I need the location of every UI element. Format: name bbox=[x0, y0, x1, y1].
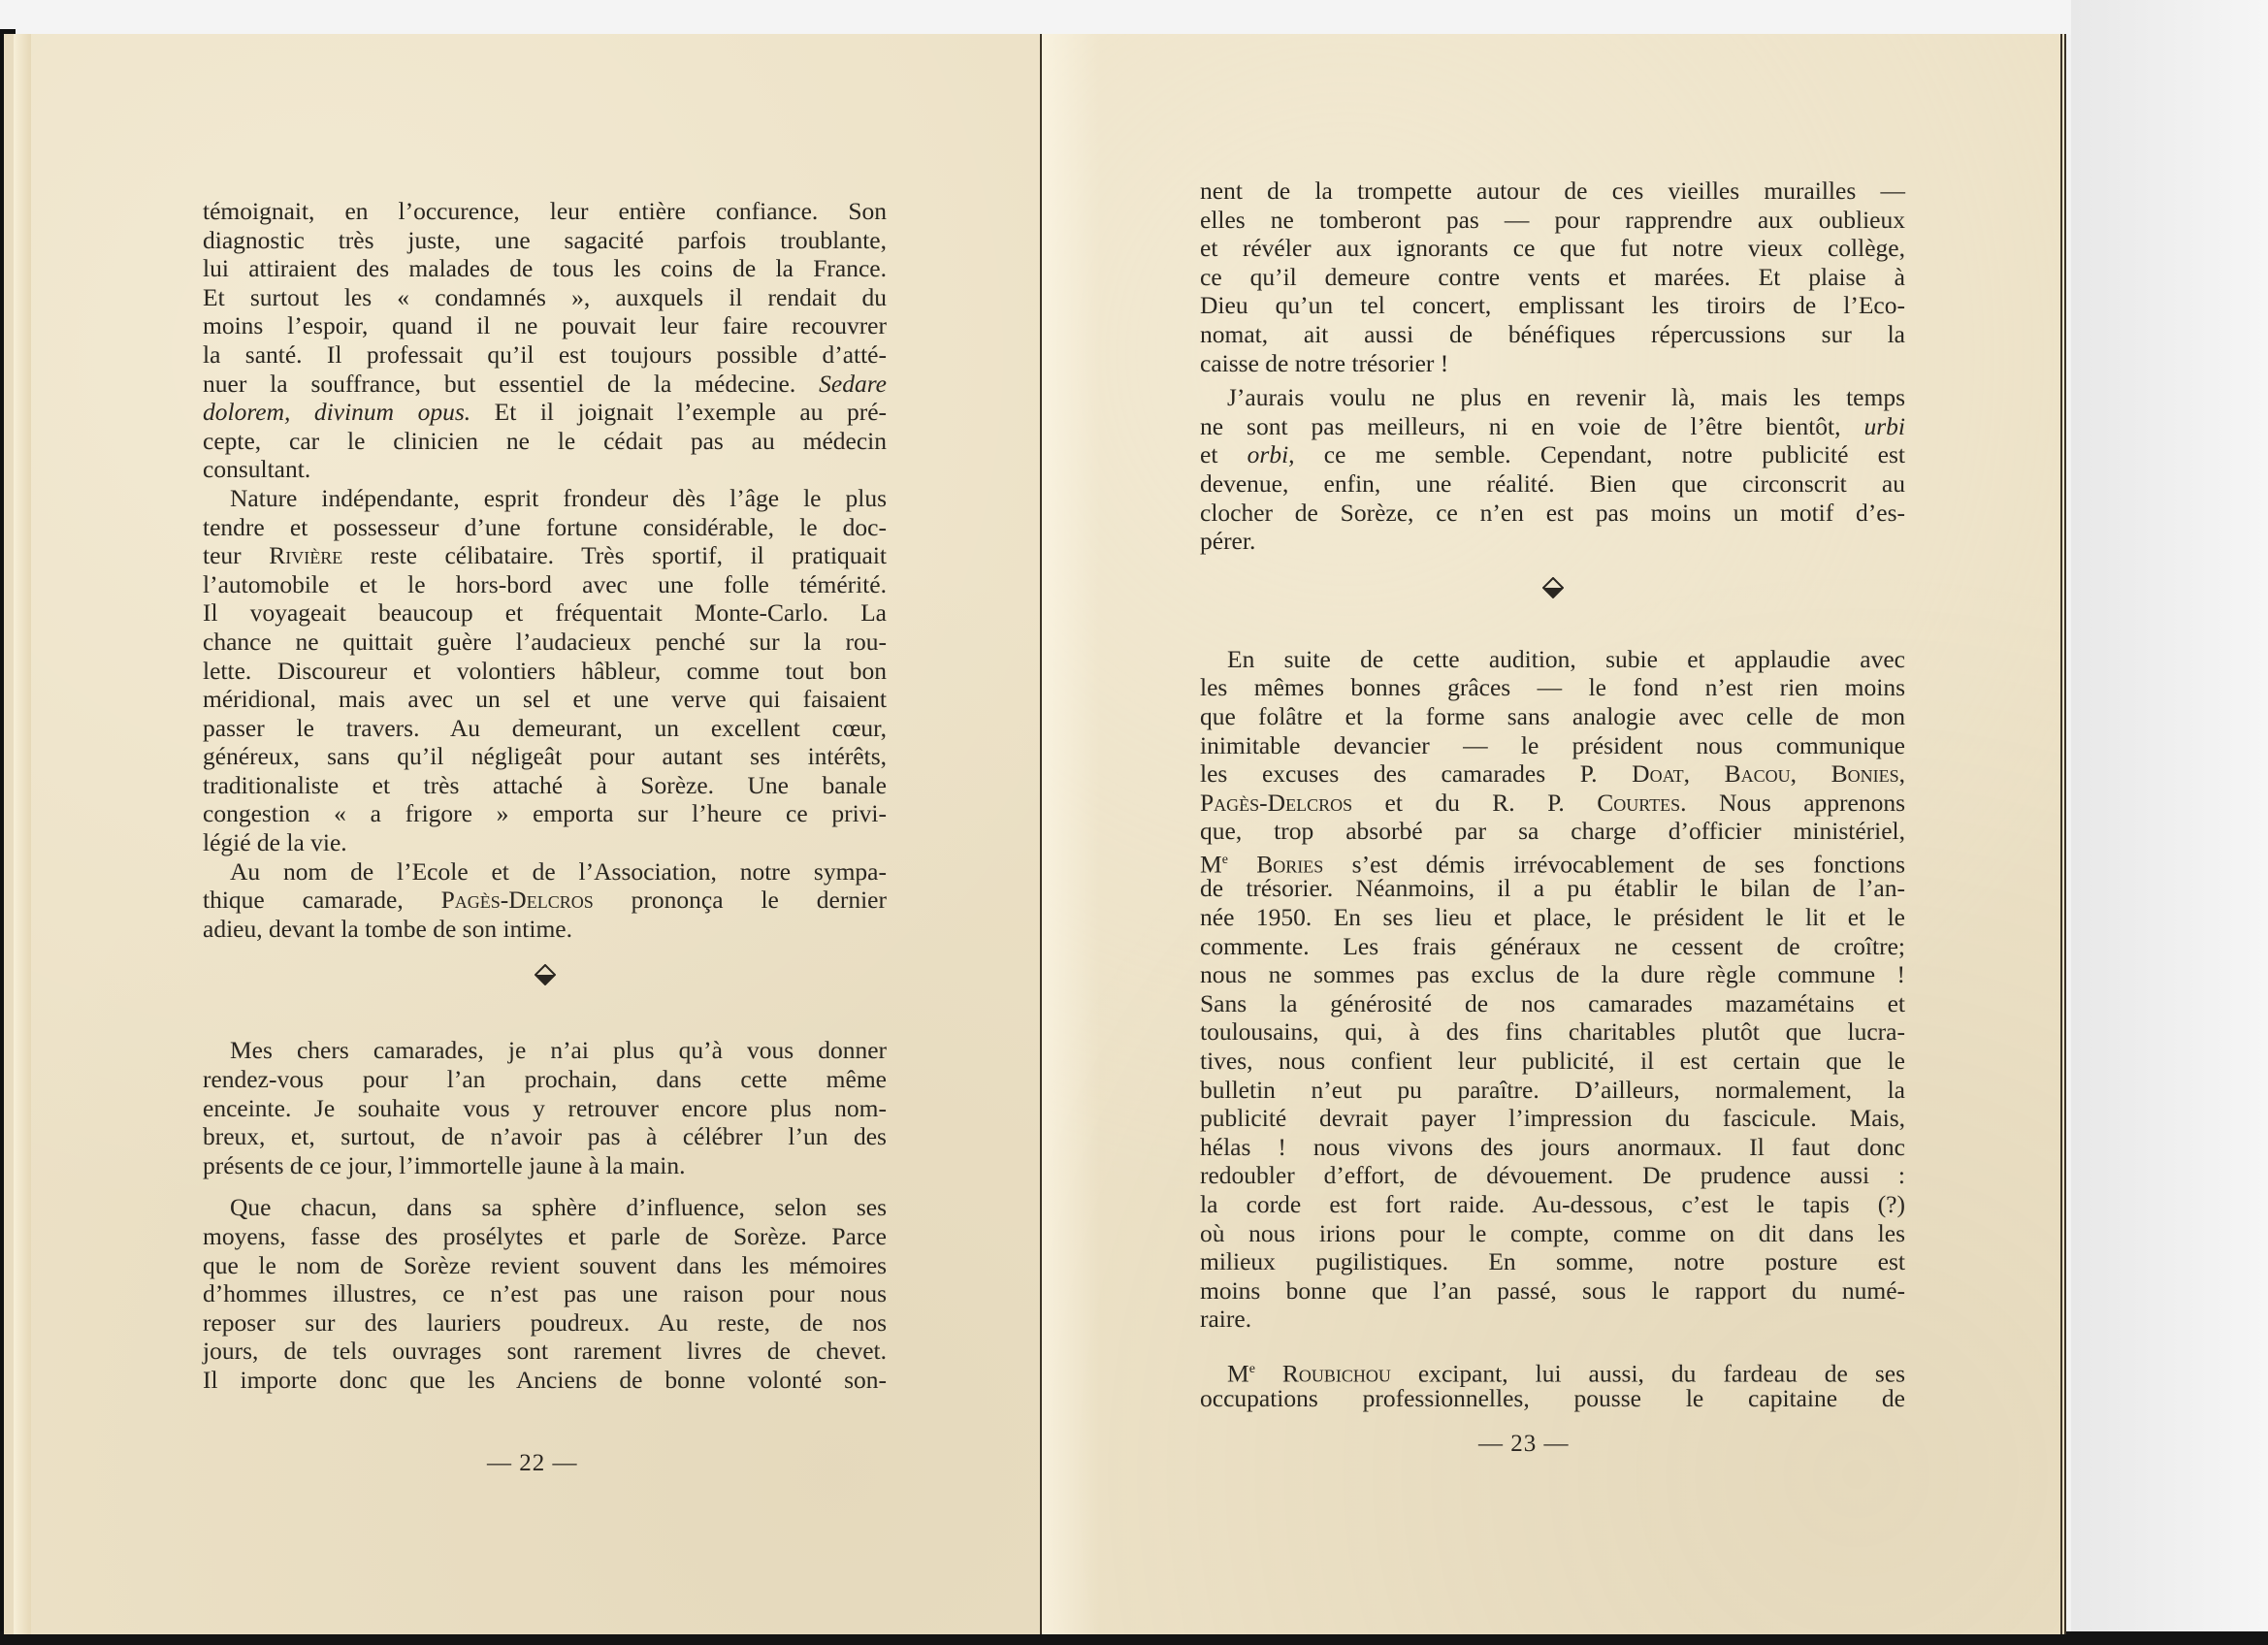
scanner-background-right bbox=[2071, 0, 2268, 1645]
text-segment: Nous apprenons bbox=[1719, 789, 1905, 817]
text-line: témoignait, en l’occurence, leur entière… bbox=[203, 197, 887, 226]
text-line: tives, nous confient leur publicité, il … bbox=[1200, 1047, 1905, 1076]
text-line: Au nom de l’Ecole et de l’Association, n… bbox=[203, 857, 887, 887]
right-page-text: nent de la trompette autour de ces vieil… bbox=[1200, 177, 1905, 1412]
text-line: et orbi, ce me semble. Cependant, notre … bbox=[1200, 440, 1905, 469]
text-line: Nature indépendante, esprit frondeur dès… bbox=[203, 484, 887, 513]
text-line: breux, et, surtout, de n’avoir pas à cél… bbox=[203, 1122, 887, 1151]
text-line: tendre et possesseur d’une fortune consi… bbox=[203, 513, 887, 542]
text-line: lui attiraient des malades de tous les c… bbox=[203, 254, 887, 283]
text-line: cepte, car le clinicien ne le cédait pas… bbox=[203, 427, 887, 456]
title-abbrev-sup: e bbox=[1222, 853, 1228, 867]
text-line: Mes chers camarades, je n’ai plus qu’à v… bbox=[203, 1036, 887, 1065]
text-line: méridional, mais avec un sel et une verv… bbox=[203, 685, 887, 714]
paragraph: témoignait, en l’occurence, leur entière… bbox=[203, 197, 887, 484]
text-segment: Et il joignait l’exemple au pré- bbox=[495, 398, 887, 426]
scanner-background-top bbox=[0, 0, 2268, 35]
text-line: Et surtout les « condamnés », auxquels i… bbox=[203, 283, 887, 312]
person-name: P. Doat, bbox=[1580, 759, 1690, 788]
person-name: Bacou, bbox=[1725, 759, 1797, 788]
text-line: pérer. bbox=[1200, 527, 1905, 556]
text-line: Il voyageait beaucoup et fréquentait Mon… bbox=[203, 598, 887, 628]
book-spread: témoignait, en l’occurence, leur entière… bbox=[4, 34, 2070, 1634]
latin-quote: dolorem, divinum opus. bbox=[203, 398, 470, 426]
text-line: enceinte. Je souhaite vous y retrouver e… bbox=[203, 1094, 887, 1123]
page-number: — 22 — bbox=[487, 1450, 578, 1477]
text-line: que le nom de Sorèze revient souvent dan… bbox=[203, 1251, 887, 1280]
paragraph: J’aurais voulu ne plus en revenir là, ma… bbox=[1200, 383, 1905, 556]
diamond-half-filled-icon bbox=[1542, 577, 1564, 598]
text-segment: les excuses des camarades bbox=[1200, 759, 1545, 788]
text-line: Il importe donc que les Anciens de bonne… bbox=[203, 1366, 887, 1395]
text-line: Pagès-Delcros et du R. P. Courtes. Nous … bbox=[1200, 789, 1905, 818]
text-line: Que chacun, dans sa sphère d’influence, … bbox=[203, 1193, 887, 1222]
text-line: jours, de tels ouvrages sont rarement li… bbox=[203, 1337, 887, 1366]
left-page-text: témoignait, en l’occurence, leur entière… bbox=[203, 197, 887, 1395]
text-line: Me Roubichou excipant, lui aussi, du far… bbox=[1200, 1355, 1905, 1384]
text-line: nous ne sommes pas exclus de la dure règ… bbox=[1200, 960, 1905, 989]
paragraph: Mes chers camarades, je n’ai plus qu’à v… bbox=[203, 1036, 887, 1179]
text-segment: et bbox=[1200, 440, 1217, 468]
text-line: que folâtre et la forme sans analogie av… bbox=[1200, 702, 1905, 731]
text-line: occupations professionnelles, pousse le … bbox=[1200, 1384, 1905, 1413]
text-line: moins l’espoir, quand il ne pouvait leur… bbox=[203, 311, 887, 340]
title-abbrev-sup: e bbox=[1249, 1362, 1255, 1376]
right-page: nent de la trompette autour de ces vieil… bbox=[1040, 34, 2066, 1634]
text-line: nent de la trompette autour de ces vieil… bbox=[1200, 177, 1905, 206]
text-line: Dieu qu’un tel concert, emplissant les t… bbox=[1200, 291, 1905, 320]
text-line: nomat, ait aussi de bénéfiques répercuss… bbox=[1200, 320, 1905, 349]
text-line: ce qu’il demeure contre vents et marées.… bbox=[1200, 263, 1905, 292]
paragraph: Que chacun, dans sa sphère d’influence, … bbox=[203, 1193, 887, 1394]
text-line: publicité devrait payer l’impression du … bbox=[1200, 1104, 1905, 1133]
text-line: J’aurais voulu ne plus en revenir là, ma… bbox=[1200, 383, 1905, 412]
text-line: ne sont pas meilleurs, ni en voie de l’ê… bbox=[1200, 412, 1905, 441]
person-name: Pagès-Delcros bbox=[1200, 789, 1352, 817]
text-line: En suite de cette audition, subie et app… bbox=[1200, 645, 1905, 674]
text-line: teur Rivière reste célibataire. Très spo… bbox=[203, 541, 887, 570]
text-line: l’automobile et le hors-bord avec une fo… bbox=[203, 570, 887, 599]
spacer bbox=[203, 1179, 887, 1193]
text-line: où nous irions pour le compte, comme on … bbox=[1200, 1219, 1905, 1248]
text-line: elles ne tomberont pas — pour rapprendre… bbox=[1200, 206, 1905, 235]
text-line: que, trop absorbé par sa charge d’offici… bbox=[1200, 817, 1905, 846]
text-line: reposer sur des lauriers poudreux. Au re… bbox=[203, 1308, 887, 1338]
text-line: clocher de Sorèze, ce n’en est pas moins… bbox=[1200, 499, 1905, 528]
text-line: la santé. Il professait qu’il est toujou… bbox=[203, 340, 887, 370]
text-segment: ce me semble. Cependant, notre publicité… bbox=[1324, 440, 1905, 468]
section-break bbox=[203, 943, 887, 1011]
text-line: chance ne quittait guère l’audacieux pen… bbox=[203, 628, 887, 657]
text-line: passer le travers. Au demeurant, un exce… bbox=[203, 714, 887, 743]
spacer bbox=[1200, 1334, 1905, 1355]
text-line: les mêmes bonnes grâces — le fond n’est … bbox=[1200, 673, 1905, 702]
text-line: redoubler d’effort, de dévouement. De pr… bbox=[1200, 1161, 1905, 1190]
text-line: présents de ce jour, l’immortelle jaune … bbox=[203, 1151, 887, 1180]
text-line: milieux pugilistiques. En somme, notre p… bbox=[1200, 1247, 1905, 1276]
text-segment: teur bbox=[203, 541, 242, 569]
text-segment: ne sont pas meilleurs, ni en voie de l’ê… bbox=[1200, 412, 1841, 440]
left-page: témoignait, en l’occurence, leur entière… bbox=[4, 34, 1040, 1634]
text-segment: prononça le dernier bbox=[632, 886, 887, 914]
person-name: Pagès-Delcros bbox=[441, 886, 594, 914]
person-name: Bonies, bbox=[1831, 759, 1905, 788]
text-line: devenue, enfin, une réalité. Bien que ci… bbox=[1200, 469, 1905, 499]
text-segment: thique camarade, bbox=[203, 886, 404, 914]
text-line: hélas ! nous vivons des jours anormaux. … bbox=[1200, 1133, 1905, 1162]
text-segment: reste célibataire. Très sportif, il prat… bbox=[371, 541, 887, 569]
text-line: et révéler aux ignorants ce que fut notr… bbox=[1200, 234, 1905, 263]
latin-phrase: urbi bbox=[1863, 412, 1905, 440]
text-line: née 1950. En ses lieu et place, le prési… bbox=[1200, 903, 1905, 932]
text-line: légié de la vie. bbox=[203, 828, 887, 857]
latin-quote: Sedare bbox=[819, 370, 887, 398]
text-line: généreux, sans qu’il négligeât pour auta… bbox=[203, 742, 887, 771]
text-line: moyens, fasse des prosélytes et parle de… bbox=[203, 1222, 887, 1251]
paragraph: Nature indépendante, esprit frondeur dès… bbox=[203, 484, 887, 857]
text-line: caisse de notre trésorier ! bbox=[1200, 349, 1905, 378]
text-line: rendez-vous pour l’an prochain, dans cet… bbox=[203, 1065, 887, 1094]
text-line: adieu, devant la tombe de son intime. bbox=[203, 915, 887, 944]
text-line: lette. Discoureur et volontiers hâbleur,… bbox=[203, 657, 887, 686]
text-line: nuer la souffrance, but essentiel de la … bbox=[203, 370, 887, 399]
text-line: toulousains, qui, à des fins charitables… bbox=[1200, 1017, 1905, 1047]
text-line: de trésorier. Néanmoins, il a pu établir… bbox=[1200, 874, 1905, 903]
text-line: bulletin n’eut pu paraître. D’ailleurs, … bbox=[1200, 1076, 1905, 1105]
spacer bbox=[203, 1011, 887, 1036]
page-number: — 23 — bbox=[1478, 1431, 1570, 1458]
text-line: commente. Les frais généraux ne cessent … bbox=[1200, 932, 1905, 961]
person-name: Rivière bbox=[269, 541, 342, 569]
text-line: thique camarade, Pagès-Delcros prononça … bbox=[203, 886, 887, 915]
text-line: diagnostic très juste, une sagacité parf… bbox=[203, 226, 887, 255]
text-segment: nuer la souffrance, but essentiel de la … bbox=[203, 370, 795, 398]
person-name: Courtes. bbox=[1597, 789, 1686, 817]
text-line: inimitable devancier — le président nous… bbox=[1200, 731, 1905, 760]
paragraph: Me Roubichou excipant, lui aussi, du far… bbox=[1200, 1355, 1905, 1412]
text-line: d’hommes illustres, ce n’est pas une rai… bbox=[203, 1279, 887, 1308]
text-line: congestion « a frigore » emporta sur l’h… bbox=[203, 799, 887, 828]
text-line: la corde est fort raide. Au-dessous, c’e… bbox=[1200, 1190, 1905, 1219]
text-line: traditionaliste et très attaché à Sorèze… bbox=[203, 771, 887, 800]
text-line: raire. bbox=[1200, 1305, 1905, 1334]
spacer bbox=[1200, 624, 1905, 645]
text-line: Me Bories s’est démis irrévocablement de… bbox=[1200, 846, 1905, 875]
paragraph: En suite de cette audition, subie et app… bbox=[1200, 645, 1905, 1334]
text-line: moins bonne que l’an passé, sous le rapp… bbox=[1200, 1276, 1905, 1306]
diamond-half-filled-icon bbox=[535, 964, 556, 985]
paragraph: nent de la trompette autour de ces vieil… bbox=[1200, 177, 1905, 377]
paragraph: Au nom de l’Ecole et de l’Association, n… bbox=[203, 857, 887, 944]
section-break bbox=[1200, 556, 1905, 624]
text-line: dolorem, divinum opus. Et il joignait l’… bbox=[203, 398, 887, 427]
text-line: Sans la générosité de nos camarades maza… bbox=[1200, 989, 1905, 1018]
text-segment: et du R. P. bbox=[1385, 789, 1565, 817]
text-line: consultant. bbox=[203, 455, 887, 484]
latin-phrase: orbi, bbox=[1247, 440, 1295, 468]
text-line: les excuses des camarades P. Doat, Bacou… bbox=[1200, 759, 1905, 789]
